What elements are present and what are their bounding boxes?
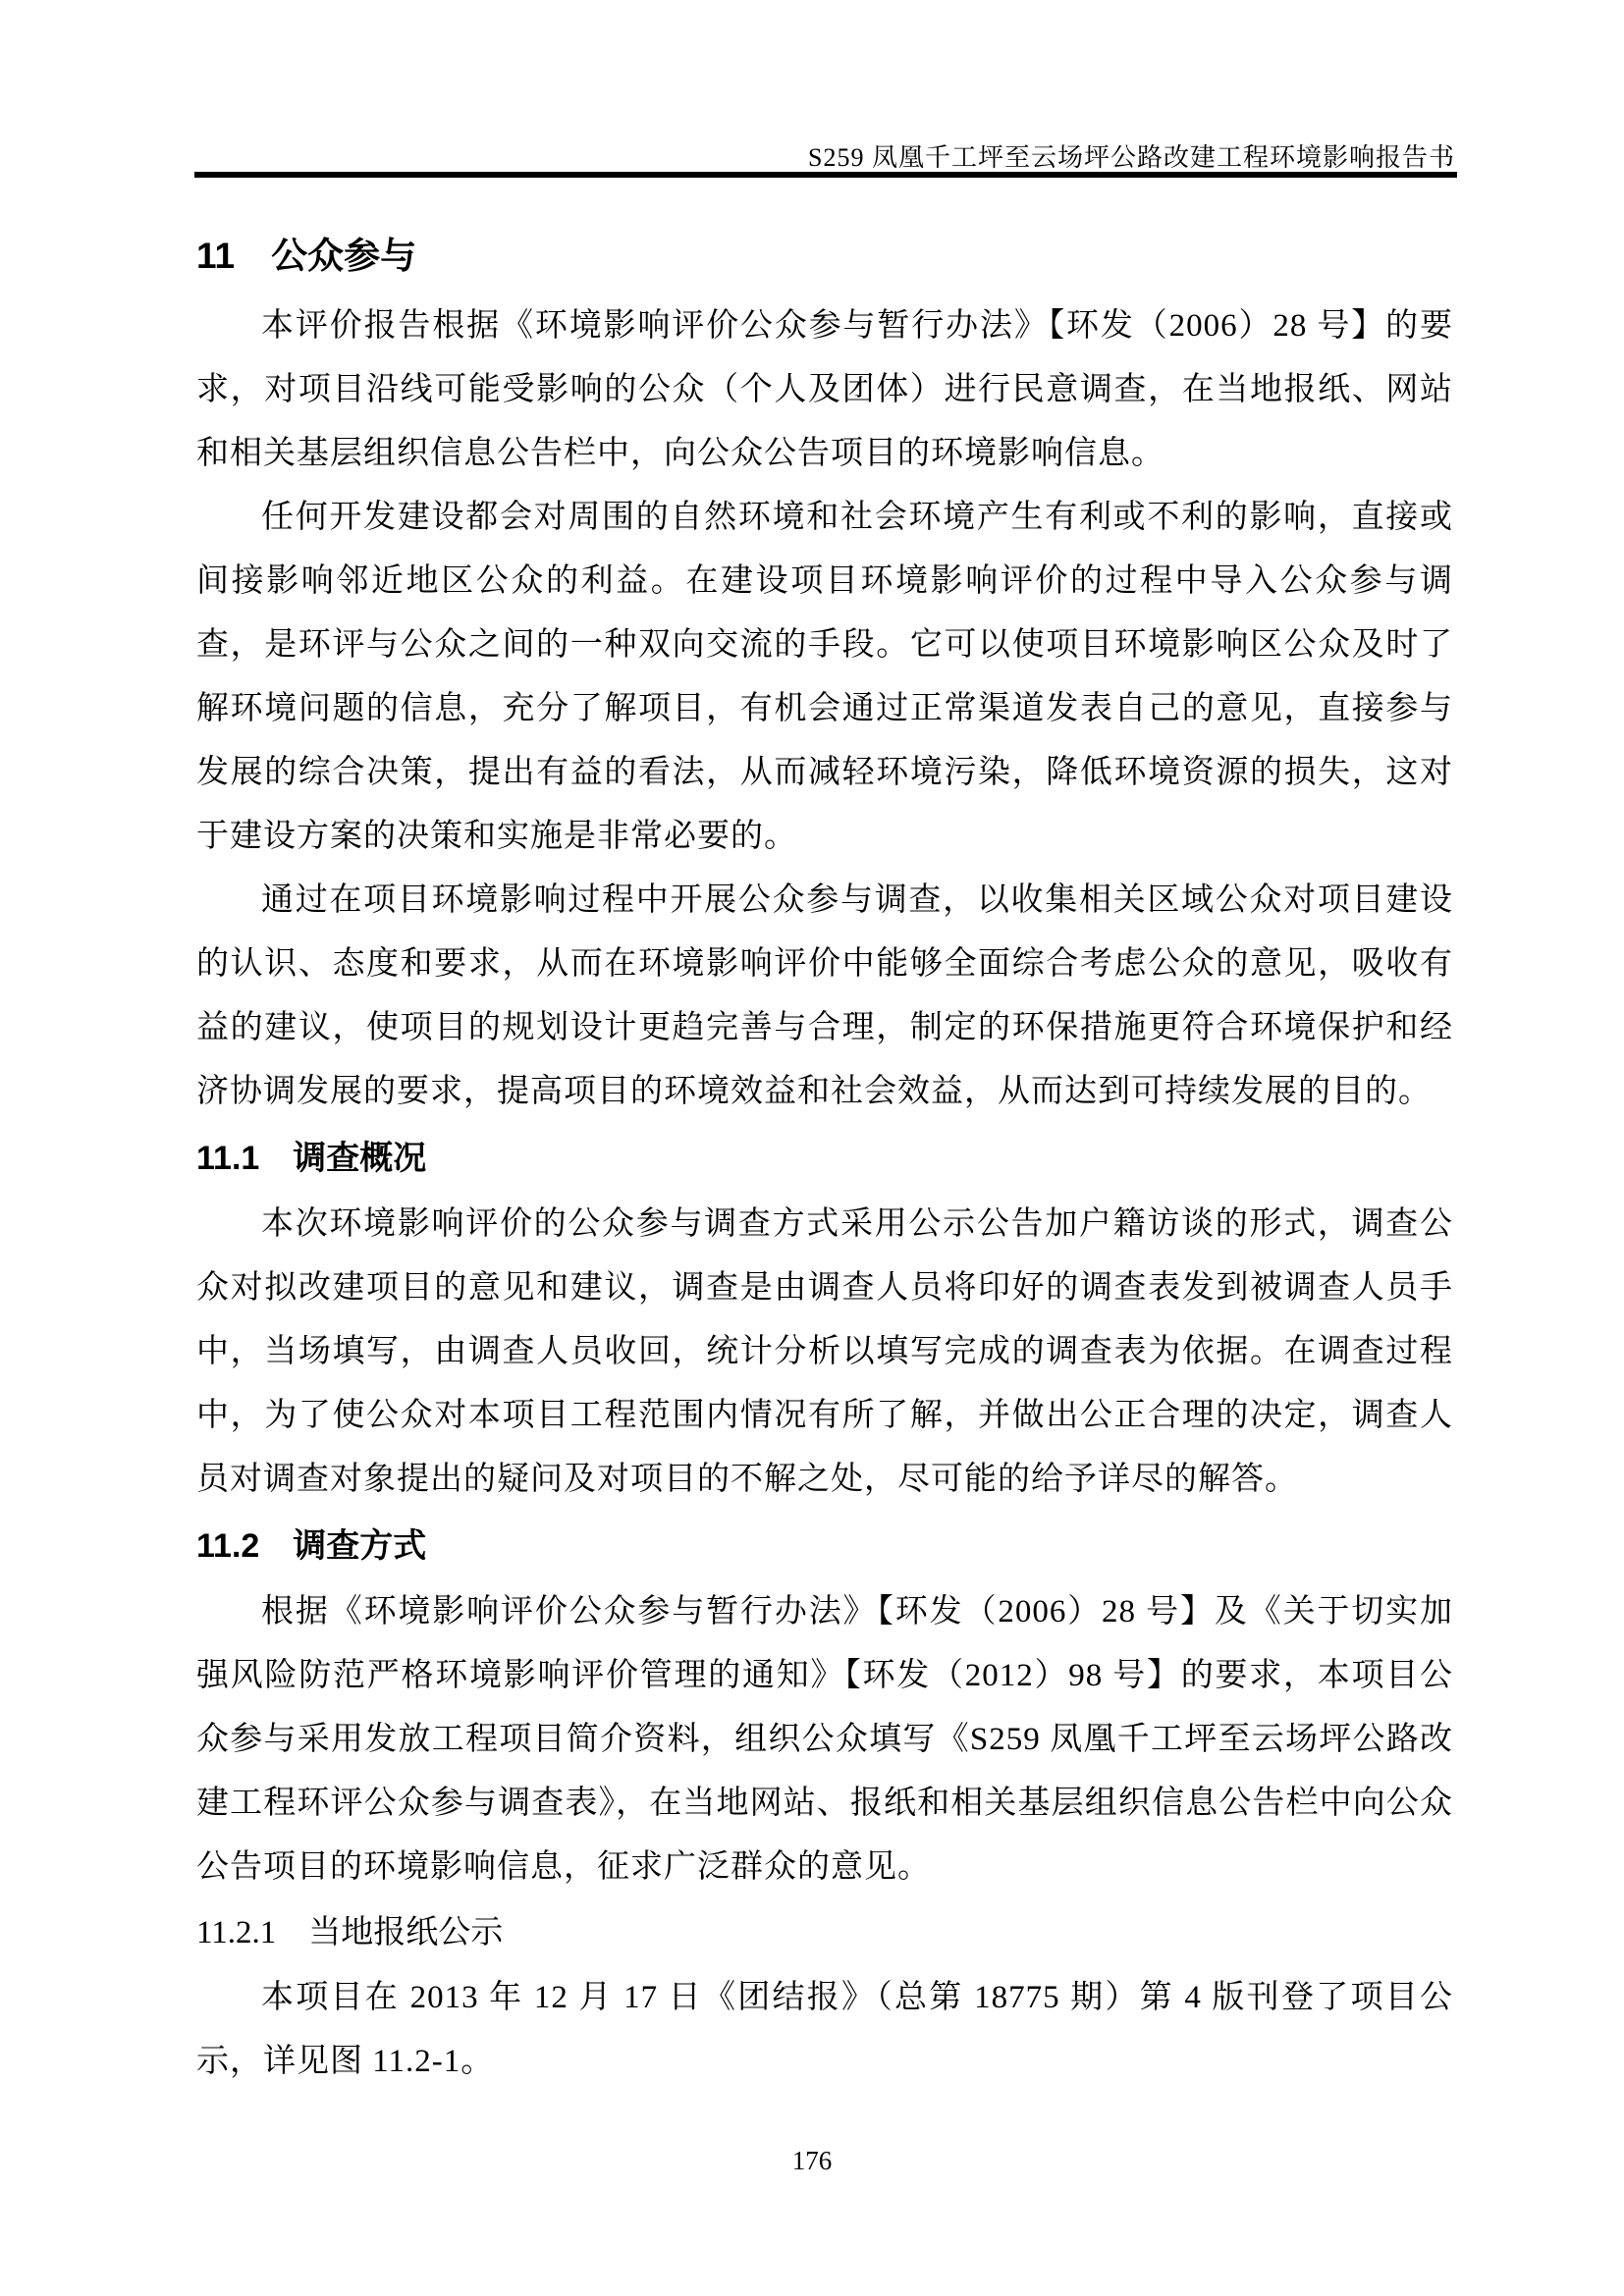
paragraph-2: 任何开发建设都会对周围的自然环境和社会环境产生有利或不利的影响，直接或间接影响邻… (196, 486, 1453, 869)
section-heading-11-2: 11.2 调查方式 (196, 1512, 1453, 1580)
section-heading-11-1: 11.1 调查概况 (196, 1124, 1453, 1193)
header-divider (194, 172, 1457, 178)
section-heading-11-2-1: 11.2.1 当地报纸公示 (196, 1899, 1453, 1966)
paragraph-6: 本项目在 2013 年 12 月 17 日《团结报》（总第 18775 期）第 … (196, 1966, 1453, 2094)
paragraph-1: 本评价报告根据《环境影响评价公众参与暂行办法》【环发（2006）28 号】的要求… (196, 294, 1453, 486)
document-content: 11 公众参与 本评价报告根据《环境影响评价公众参与暂行办法》【环发（2006）… (196, 179, 1453, 2094)
paragraph-3: 通过在项目环境影响过程中开展公众参与调查，以收集相关区域公众对项目建设的认识、态… (196, 869, 1453, 1124)
running-header: S259 凤凰千工坪至云场坪公路改建工程环境影响报告书 (196, 143, 1455, 173)
section-heading-11: 11 公众参与 (196, 218, 1453, 294)
paragraph-5: 根据《环境影响评价公众参与暂行办法》【环发（2006）28 号】及《关于切实加强… (196, 1580, 1453, 1899)
page-number: 176 (0, 2146, 1624, 2176)
paragraph-4: 本次环境影响评价的公众参与调查方式采用公示公告加户籍访谈的形式，调查公众对拟改建… (196, 1193, 1453, 1512)
running-header-title: S259 凤凰千工坪至云场坪公路改建工程环境影响报告书 (808, 143, 1455, 172)
document-page: S259 凤凰千工坪至云场坪公路改建工程环境影响报告书 11 公众参与 本评价报… (0, 0, 1624, 2296)
